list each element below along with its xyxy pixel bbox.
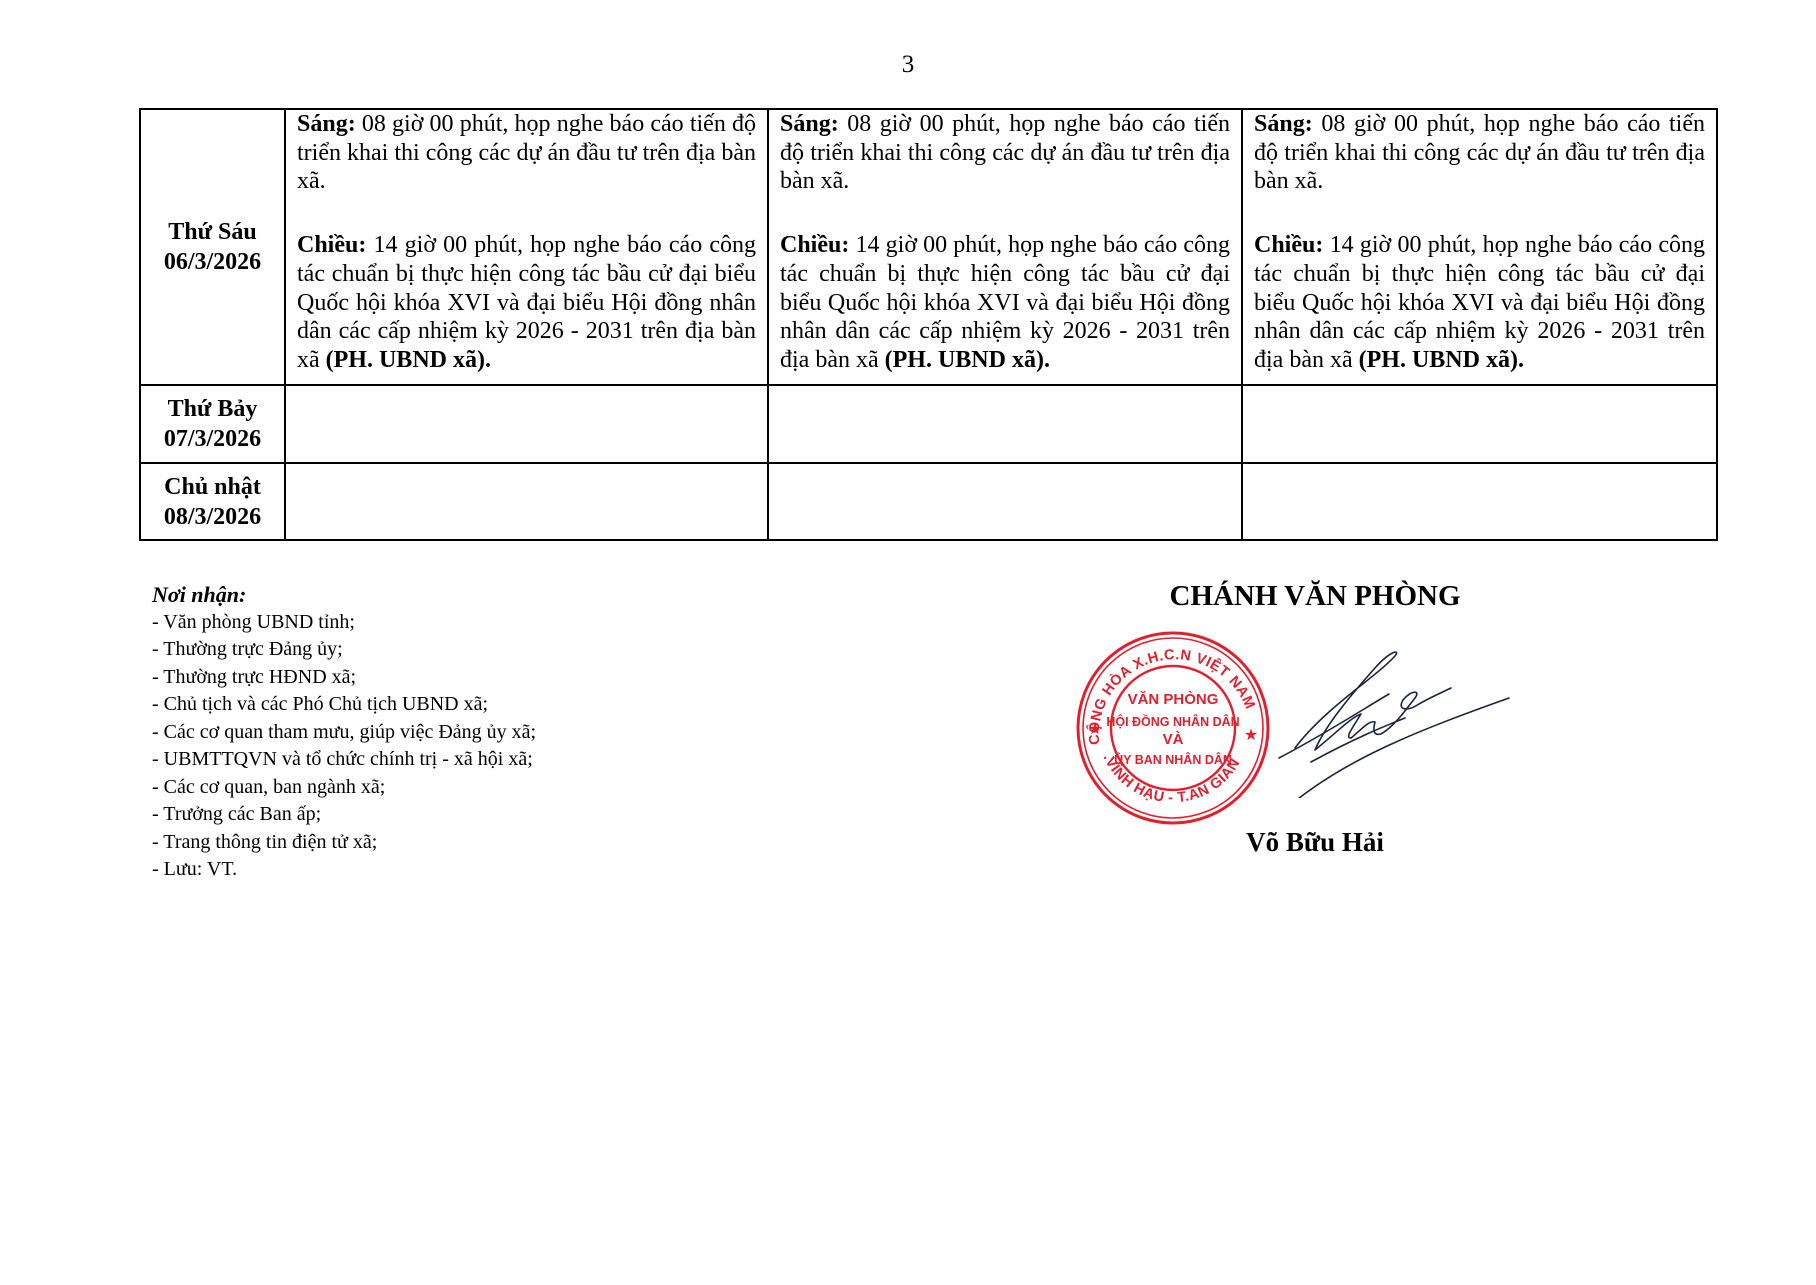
recipients-title: Nơi nhận: xyxy=(152,581,536,609)
morning-entry: Sáng: 08 giờ 00 phút, họp nghe báo cáo t… xyxy=(297,110,756,196)
day-date: 07/3/2026 xyxy=(145,424,280,454)
table-row: Chủ nhật 08/3/2026 xyxy=(140,463,1717,540)
day-name: Thứ Bảy xyxy=(145,394,280,424)
day-cell: Thứ Sáu 06/3/2026 xyxy=(140,109,285,385)
afternoon-label: Chiều: xyxy=(1254,232,1323,258)
weekly-schedule-table: Thứ Sáu 06/3/2026 Sáng: 08 giờ 00 phút, … xyxy=(139,108,1718,541)
page-number: 3 xyxy=(0,50,1816,80)
day-name: Thứ Sáu xyxy=(145,217,280,247)
schedule-cell-empty xyxy=(1242,463,1717,540)
schedule-cell: Sáng: 08 giờ 00 phút, họp nghe báo cáo t… xyxy=(768,109,1242,385)
afternoon-label: Chiều: xyxy=(780,232,849,258)
afternoon-host: (PH. UBND xã). xyxy=(326,347,491,373)
signer-name: Võ Bữu Hải xyxy=(1115,824,1515,860)
table-row: Thứ Sáu 06/3/2026 Sáng: 08 giờ 00 phút, … xyxy=(140,109,1717,385)
handwritten-signature-icon xyxy=(1175,638,1515,798)
afternoon-entry: Chiều: 14 giờ 00 phút, họp nghe báo cáo … xyxy=(780,231,1230,375)
day-date: 06/3/2026 xyxy=(145,247,280,277)
morning-label: Sáng: xyxy=(1254,111,1313,137)
list-item: - Các cơ quan tham mưu, giúp việc Đảng ủ… xyxy=(152,719,536,747)
list-item: - Thường trực Đảng ủy; xyxy=(152,636,536,664)
morning-text: 08 giờ 00 phút, họp nghe báo cáo tiến độ… xyxy=(780,111,1230,194)
list-item: - Văn phòng UBND tỉnh; xyxy=(152,609,536,637)
schedule-cell-empty xyxy=(768,385,1242,463)
day-name: Chủ nhật xyxy=(145,472,280,502)
afternoon-host: (PH. UBND xã). xyxy=(1359,347,1524,373)
day-cell: Thứ Bảy 07/3/2026 xyxy=(140,385,285,463)
list-item: - Chủ tịch và các Phó Chủ tịch UBND xã; xyxy=(152,691,536,719)
schedule-cell-empty xyxy=(285,463,768,540)
morning-label: Sáng: xyxy=(297,111,356,137)
table-row: Thứ Bảy 07/3/2026 xyxy=(140,385,1717,463)
schedule-cell-empty xyxy=(285,385,768,463)
schedule-cell-empty xyxy=(768,463,1242,540)
day-date: 08/3/2026 xyxy=(145,502,280,532)
list-item: - Lưu: VT. xyxy=(152,856,536,884)
afternoon-label: Chiều: xyxy=(297,232,366,258)
recipients-block: Nơi nhận: - Văn phòng UBND tỉnh; - Thườn… xyxy=(152,581,536,884)
afternoon-entry: Chiều: 14 giờ 00 phút, họp nghe báo cáo … xyxy=(1254,231,1705,375)
list-item: - Thường trực HĐND xã; xyxy=(152,664,536,692)
schedule-cell: Sáng: 08 giờ 00 phút, họp nghe báo cáo t… xyxy=(285,109,768,385)
schedule-cell-empty xyxy=(1242,385,1717,463)
morning-label: Sáng: xyxy=(780,111,839,137)
seal-star-icon: ★ xyxy=(1088,721,1102,738)
signer-position: CHÁNH VĂN PHÒNG xyxy=(1115,578,1515,614)
list-item: - Các cơ quan, ban ngành xã; xyxy=(152,774,536,802)
morning-entry: Sáng: 08 giờ 00 phút, họp nghe báo cáo t… xyxy=(1254,110,1705,196)
morning-entry: Sáng: 08 giờ 00 phút, họp nghe báo cáo t… xyxy=(780,110,1230,196)
list-item: - Trưởng các Ban ấp; xyxy=(152,801,536,829)
list-item: - Trang thông tin điện tử xã; xyxy=(152,829,536,857)
morning-text: 08 giờ 00 phút, họp nghe báo cáo tiến độ… xyxy=(1254,111,1705,194)
recipients-list: - Văn phòng UBND tỉnh; - Thường trực Đản… xyxy=(152,609,536,884)
day-cell: Chủ nhật 08/3/2026 xyxy=(140,463,285,540)
afternoon-host: (PH. UBND xã). xyxy=(885,347,1050,373)
morning-text: 08 giờ 00 phút, họp nghe báo cáo tiến độ… xyxy=(297,111,756,194)
signature-block: CHÁNH VĂN PHÒNG CỘNG HÒA X.H.C.N VIỆT NA… xyxy=(1115,578,1515,878)
schedule-cell: Sáng: 08 giờ 00 phút, họp nghe báo cáo t… xyxy=(1242,109,1717,385)
afternoon-entry: Chiều: 14 giờ 00 phút, họp nghe báo cáo … xyxy=(297,231,756,375)
list-item: - UBMTTQVN và tổ chức chính trị - xã hội… xyxy=(152,746,536,774)
